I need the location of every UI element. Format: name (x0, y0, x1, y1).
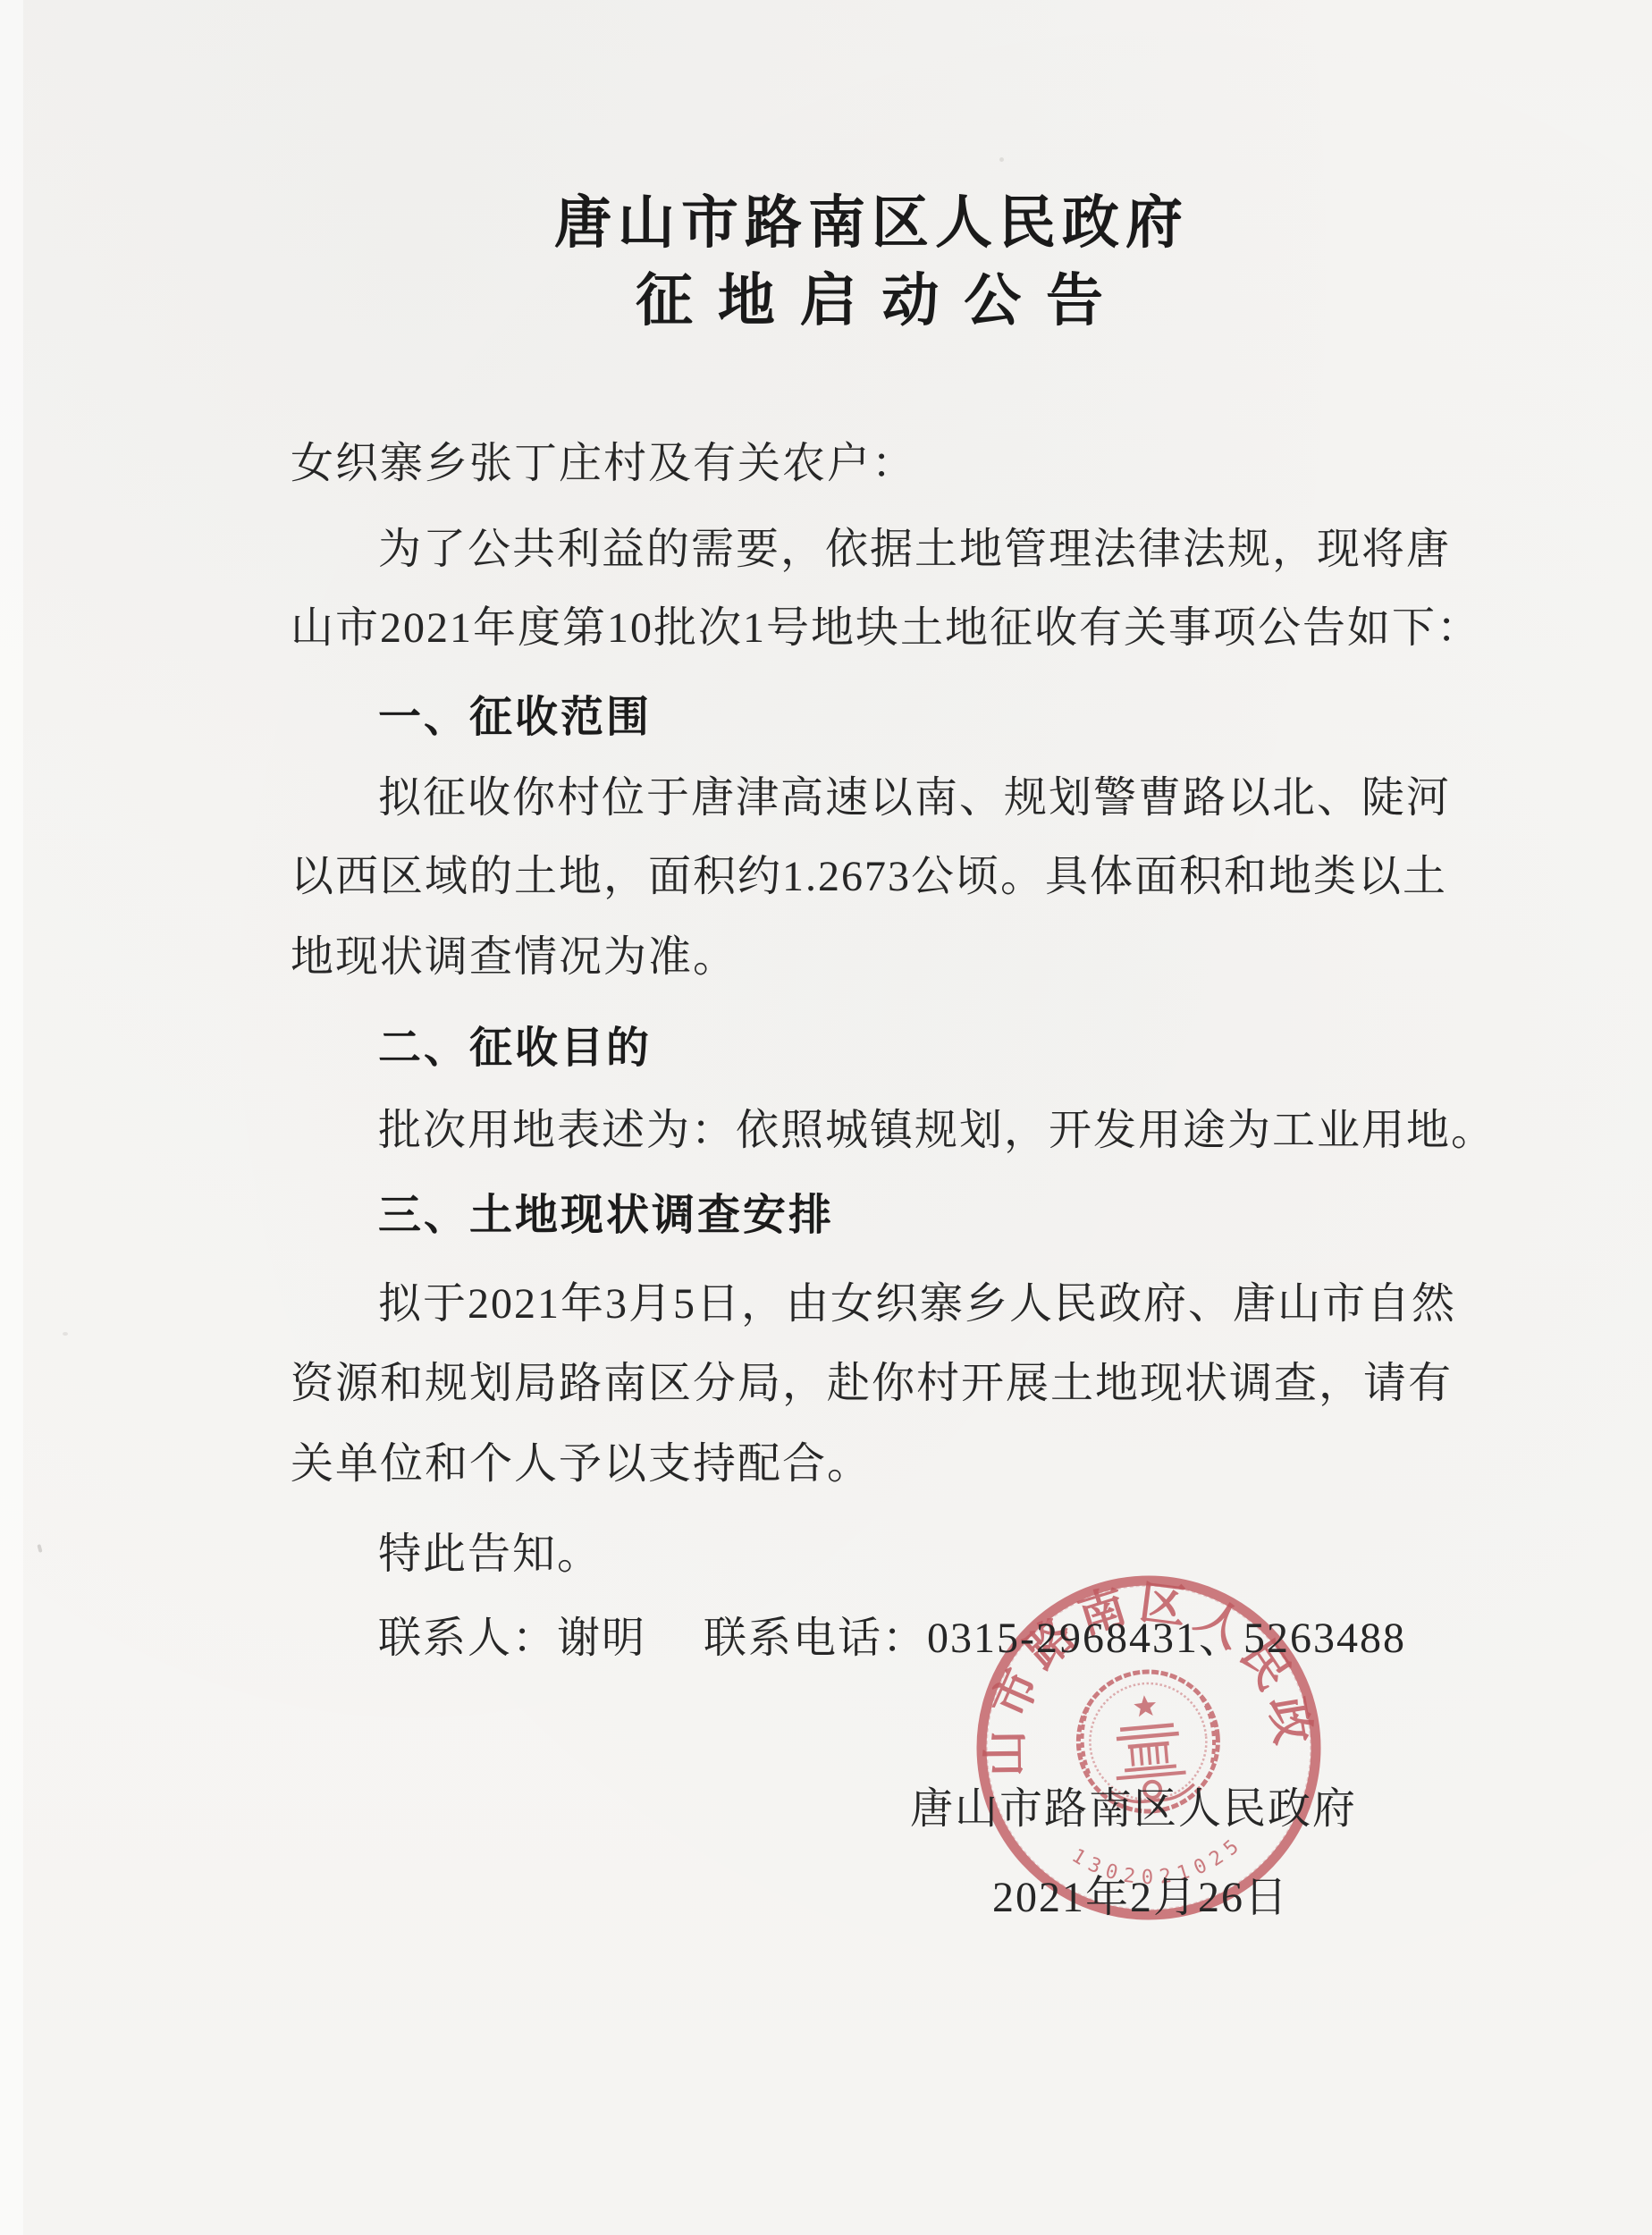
section-3-line-2: 资源和规划局路南区分局，赴你村开展土地现状调查，请有 (291, 1360, 1453, 1408)
section-2-heading: 二、征收目的 (378, 1025, 652, 1073)
closing-line: 特此告知。 (378, 1531, 602, 1579)
section-1-heading: 一、征收范围 (378, 694, 652, 742)
intro-line-2: 山市2021年度第10批次1号地块土地征收有关事项公告如下： (291, 604, 1481, 653)
scan-speck (63, 1332, 68, 1336)
section-1-line-3: 地现状调查情况为准。 (291, 933, 737, 982)
scan-speck (37, 1544, 42, 1553)
scanned-notice-page: 唐山市路南区人民政府 征 地 启 动 公 告 女织寨乡张丁庄村及有关农户： 为了… (0, 0, 1652, 2235)
section-1-line-1: 拟征收你村位于唐津高速以南、规划警曹路以北、陡河 (378, 774, 1451, 822)
intro-line-1: 为了公共利益的需要，依据土地管理法律法规，现将唐 (378, 526, 1451, 574)
section-1-line-2: 以西区域的土地，面积约1.2673公顷。具体面积和地类以土 (291, 853, 1447, 901)
scan-edge-artifact (0, 0, 23, 2235)
section-2-line-1: 批次用地表述为：依照城镇规划，开发用途为工业用地。 (378, 1107, 1496, 1155)
salutation-line: 女织寨乡张丁庄村及有关农户： (291, 440, 916, 488)
issue-date: 2021年2月26日 (992, 1874, 1289, 1922)
contact-line: 联系人：谢明 联系电话：0315-2968431、5263488 (378, 1615, 1406, 1663)
scan-speck (999, 157, 1004, 162)
section-3-line-3: 关单位和个人予以支持配合。 (291, 1440, 872, 1489)
page-title-line-1: 唐山市路南区人民政府 (250, 193, 1493, 253)
section-3-heading: 三、土地现状调查安排 (378, 1192, 834, 1240)
section-3-line-1: 拟于2021年3月5日，由女织寨乡人民政府、唐山市自然 (378, 1280, 1456, 1328)
seal-ring-text: 唐山市路南区人民政府 (956, 1555, 1319, 1784)
page-title-line-2: 征 地 启 动 公 告 (250, 271, 1493, 331)
emblem-star-icon (1134, 1694, 1158, 1717)
issuer-signature: 唐山市路南区人民政府 (910, 1785, 1357, 1834)
